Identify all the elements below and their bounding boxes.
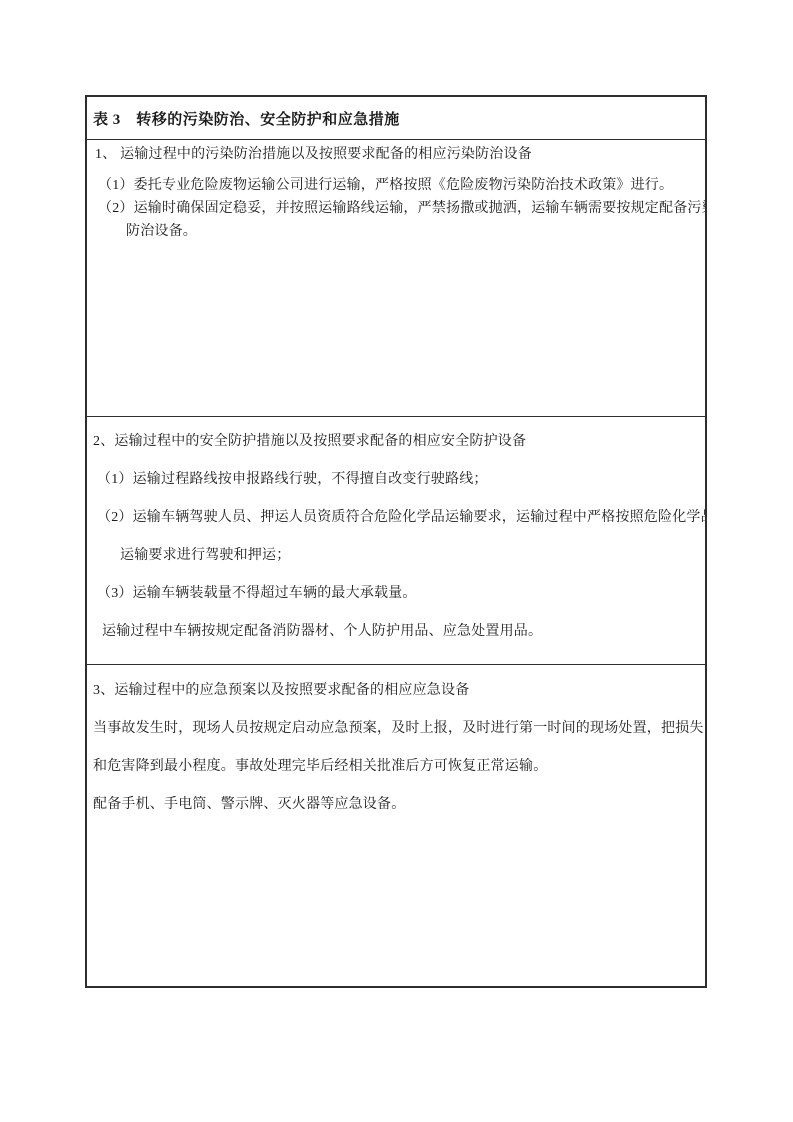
table-row-safety-protection: 2、运输过程中的安全防护措施以及按照要求配备的相应安全防护设备 （1）运输过程路… <box>87 417 705 665</box>
table-title: 表 3 转移的污染防治、安全防护和应急措施 <box>93 108 400 129</box>
section-3-line: 和危害降到最小程度。事故处理完毕后经相关批准后方可恢复正常运输。 <box>93 755 697 778</box>
section-2-line: （1）运输过程路线按申报路线行驶，不得擅自改变行驶路线； <box>97 468 697 491</box>
section-2-line: 运输过程中车辆按规定配备消防器材、个人防护用品、应急处置用品。 <box>102 620 697 643</box>
section-3-line: 当事故发生时，现场人员按规定启动应急预案，及时上报，及时进行第一时间的现场处置，… <box>93 717 697 740</box>
section-3-heading: 3、运输过程中的应急预案以及按照要求配备的相应应急设备 <box>93 679 697 702</box>
section-1-line: （1）委托专业危险废物运输公司进行运输，严格按照《危险废物污染防治技术政策》进行… <box>98 174 697 197</box>
table-row-emergency-plan: 3、运输过程中的应急预案以及按照要求配备的相应应急设备 当事故发生时，现场人员按… <box>87 665 705 986</box>
section-1-heading: 1、 运输过程中的污染防治措施以及按照要求配备的相应污染防治设备 <box>95 143 697 166</box>
section-2-line: （2）运输车辆驾驶人员、押运人员资质符合危险化学品运输要求，运输过程中严格按照危… <box>97 506 697 529</box>
measures-table: 表 3 转移的污染防治、安全防护和应急措施 1、 运输过程中的污染防治措施以及按… <box>85 95 707 988</box>
section-2-heading: 2、运输过程中的安全防护措施以及按照要求配备的相应安全防护设备 <box>93 430 697 453</box>
section-1-line: 防治设备。 <box>126 220 697 243</box>
section-3-line: 配备手机、手电筒、警示牌、灭火器等应急设备。 <box>93 793 697 816</box>
table-row-pollution-prevention: 1、 运输过程中的污染防治措施以及按照要求配备的相应污染防治设备 （1）委托专业… <box>87 140 705 417</box>
table-title-row: 表 3 转移的污染防治、安全防护和应急措施 <box>87 97 705 140</box>
section-2-line: 运输要求进行驾驶和押运； <box>120 544 697 567</box>
document-page: 表 3 转移的污染防治、安全防护和应急措施 1、 运输过程中的污染防治措施以及按… <box>0 0 793 1122</box>
section-1-line: （2）运输时确保固定稳妥，并按照运输路线运输，严禁扬撒或抛洒，运输车辆需要按规定… <box>98 197 697 220</box>
section-2-line: （3）运输车辆装载量不得超过车辆的最大承载量。 <box>97 582 697 605</box>
